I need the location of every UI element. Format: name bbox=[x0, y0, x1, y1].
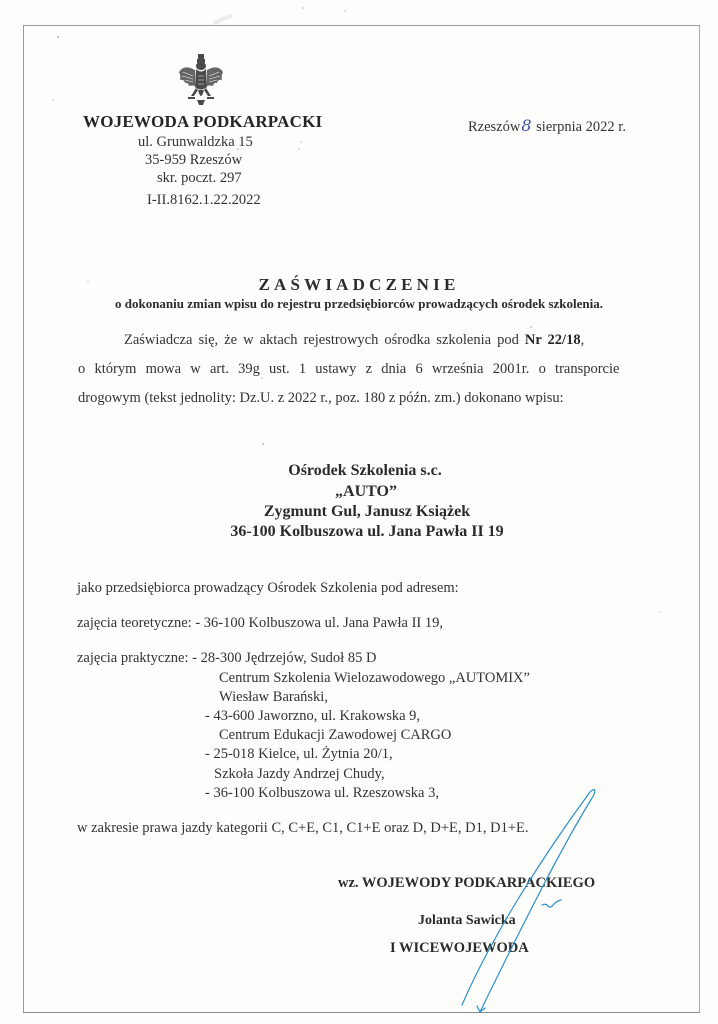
practice-address-1: - 28-300 Jędrzejów, Sudoł 85 D bbox=[192, 650, 376, 666]
date-day-handwritten: 8 bbox=[521, 116, 531, 135]
practice-line: Wiesław Barański, bbox=[219, 689, 328, 706]
document-subtitle: o dokonaniu zmian wpisu do rejestru prze… bbox=[0, 296, 718, 312]
entity-brand: „AUTO” bbox=[0, 483, 718, 501]
document-date: Rzeszów8 sierpnia 2022 r. bbox=[468, 116, 626, 136]
body-line-1-text: Zaświadcza się, że w aktach rejestrowych… bbox=[124, 332, 525, 348]
on-behalf-of: wz. WOJEWODY PODKARPACKIEGO bbox=[338, 875, 595, 892]
practice-line: - 43-600 Jaworzno, ul. Krakowska 9, bbox=[205, 708, 420, 725]
locations-intro: jako przedsiębiorca prowadzący Ośrodek S… bbox=[77, 580, 459, 597]
practice-location: zajęcia praktyczne: - 28-300 Jędrzejów, … bbox=[77, 650, 376, 667]
theory-label: zajęcia teoretyczne: bbox=[77, 615, 192, 631]
reference-number: I-II.8162.1.22.2022 bbox=[147, 192, 261, 209]
theory-location: zajęcia teoretyczne: - 36-100 Kolbuszowa… bbox=[77, 615, 443, 632]
date-city: Rzeszów bbox=[468, 119, 520, 135]
issuer-name: WOJEWODA PODKARPACKI bbox=[83, 112, 322, 132]
body-line-1-suffix: , bbox=[581, 332, 585, 348]
practice-label: zajęcia praktyczne: bbox=[77, 650, 189, 666]
issuer-postal-city: 35-959 Rzeszów bbox=[145, 152, 242, 169]
practice-line: - 25-018 Kielce, ul. Żytnia 20/1, bbox=[205, 746, 393, 763]
theory-address: - 36-100 Kolbuszowa ul. Jana Pawła II 19… bbox=[195, 615, 443, 631]
date-month-year: sierpnia 2022 r. bbox=[536, 119, 626, 135]
registry-number: Nr 22/18 bbox=[525, 332, 581, 348]
practice-line: Centrum Szkolenia Wielozawodowego „AUTOM… bbox=[219, 670, 530, 687]
signer-title: I WICEWOJEWODA bbox=[390, 940, 529, 957]
entity-address: 36-100 Kolbuszowa ul. Jana Pawła II 19 bbox=[0, 523, 718, 541]
document-title: ZAŚWIADCZENIE bbox=[0, 275, 718, 295]
practice-line: - 36-100 Kolbuszowa ul. Rzeszowska 3, bbox=[205, 785, 439, 802]
entity-owners: Zygmunt Gul, Janusz Książek bbox=[0, 503, 718, 521]
body-line-3: drogowym (tekst jednolity: Dz.U. z 2022 … bbox=[78, 390, 564, 407]
issuer-street: ul. Grunwaldzka 15 bbox=[138, 134, 253, 151]
body-line-2: o którym mowa w art. 39g ust. 1 ustawy z… bbox=[78, 361, 619, 378]
polish-eagle-emblem-icon bbox=[176, 52, 226, 108]
entity-name: Ośrodek Szkolenia s.c. bbox=[0, 462, 718, 480]
license-scope: w zakresie prawa jazdy kategorii C, C+E,… bbox=[77, 820, 528, 837]
body-line-1: Zaświadcza się, że w aktach rejestrowych… bbox=[124, 332, 584, 349]
issuer-po-box: skr. poczt. 297 bbox=[157, 170, 242, 187]
practice-line: Centrum Edukacji Zawodowej CARGO bbox=[219, 727, 451, 744]
practice-line: Szkoła Jazdy Andrzej Chudy, bbox=[214, 766, 385, 783]
signer-name: Jolanta Sawicka bbox=[418, 913, 516, 929]
